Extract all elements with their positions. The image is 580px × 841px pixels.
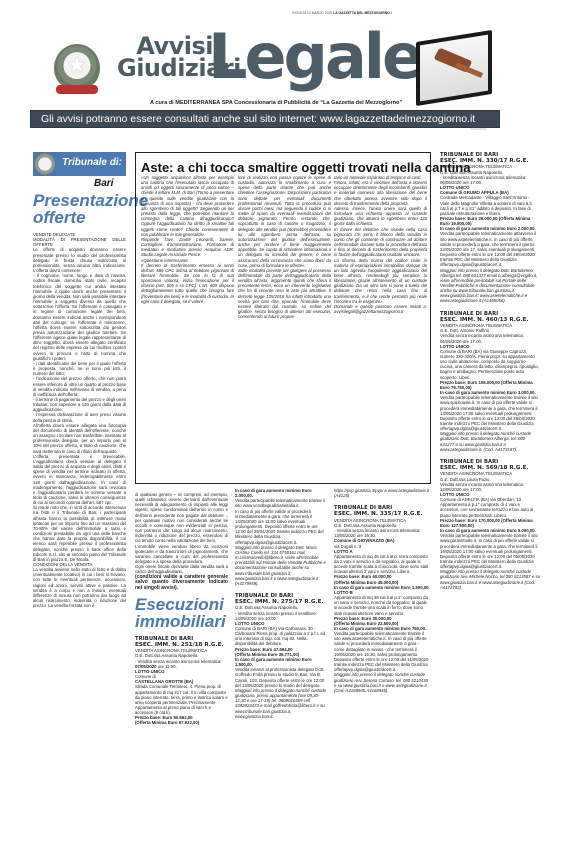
section-title-esecuzioni: Esecuzioni immobiliari <box>135 596 228 630</box>
article-column-1: «Un soggetto acquisisce all'asta per ese… <box>141 175 234 304</box>
notice-link-continued: https://pvp.giustizia.it/pvp/ e www.aste… <box>334 488 430 498</box>
website-banner-text: Gli avvisi potranno essere consultati an… <box>31 111 499 128</box>
paragraph: L'offerta presentata è irrevocabile. L'a… <box>33 454 126 506</box>
masthead-title: Legale <box>208 22 421 92</box>
middle-right-column: https://pvp.giustizia.it/pvp/ e www.aste… <box>334 488 430 700</box>
tribunale-label: Tribunale di: <box>62 157 122 168</box>
paragraph: All'offerta dovrà essere allegata una fo… <box>33 423 126 454</box>
dateline-date: GIOVEDÌ 12 MARZO 2020 <box>292 11 332 15</box>
dateline-paper: LA GAZZETTA DEL MEZZOGIORNO <box>333 11 390 15</box>
notice-251-18-continued: In caso di gara aumento minimo Euro 2.00… <box>235 488 328 586</box>
right-column: TRIBUNALE DI BARI ESEC. IMM. N. 330/17 R… <box>440 152 540 597</box>
article-column-2: lore di realizzo non possa coprire le sp… <box>238 175 331 319</box>
paragraph: La vendita avviene nello stato di fatto … <box>33 567 126 608</box>
conditions-note: (condizioni valide a carattere generale … <box>135 575 228 592</box>
article-column-3: tario un notevole risparmio di tempo e d… <box>334 175 427 314</box>
notice-460-13: TRIBUNALE DI BARI ESEC. IMM. N. 460/13 R… <box>440 311 540 452</box>
paragraph: MODALITÀ DI PRESENTAZIONE DELLE OFFERTE <box>33 237 126 247</box>
masthead-subtitle: Avvisi Giudiziari <box>117 35 213 79</box>
masthead: ★ Avvisi Giudiziari Legale <box>0 26 580 96</box>
paragraph: - l'espressa dichiarazione di aver preso… <box>33 412 126 422</box>
paragraph: - il termine di pagamento del prezzo e d… <box>33 397 126 412</box>
dateline: GIOVEDÌ 12 MARZO 2020 LA GAZZETTA DEL ME… <box>292 11 393 15</box>
middle-center-column: In caso di gara aumento minimo Euro 2.00… <box>235 488 328 726</box>
paragraph: - i dati identificativi del bene per il … <box>33 361 126 376</box>
paragraph: - il cognome, nome, luogo e data di nasc… <box>33 273 126 361</box>
tribunale-band: Tribunale di: <box>33 152 126 176</box>
article-title: Aste: a chi tocca smaltire oggetti trova… <box>141 160 470 175</box>
paragraph: Si rende noto che, in virtù di accordo i… <box>33 505 126 562</box>
emblem-icon <box>35 153 55 175</box>
website-banner: Gli avvisi potranno essere consultati an… <box>30 110 500 128</box>
notice-335-17: TRIBUNALE DI BARI ESEC. IMM. N. 335/17 R… <box>334 505 430 693</box>
left-column: Presentazione offerte VENDITE DELEGATE M… <box>33 188 126 608</box>
conditions-text: di qualsiasi genere – ivi compresi, ad e… <box>135 492 228 575</box>
notice-275-17: TRIBUNALE DI BARI ESEC. IMM. N. 275/17 R… <box>235 593 328 719</box>
page-number: 1 <box>391 11 393 15</box>
notice-330-17: TRIBUNALE DI BARI ESEC. IMM. N. 330/17 R… <box>440 152 540 304</box>
paragraph: - l'indicazione del prezzo offerto, che … <box>33 376 126 397</box>
italian-republic-emblem-icon: ★ <box>54 44 100 92</box>
middle-left-column: di qualsiasi genere – ivi compresi, ad e… <box>135 492 228 733</box>
paragraph: Le offerte di acquisto dovranno essere p… <box>33 247 126 273</box>
notice-569-18: TRIBUNALE DI BARI ESEC. IMM. N. 569/18 R… <box>440 459 540 590</box>
section-title-presentazione: Presentazione offerte <box>33 192 126 226</box>
computer-gavel-icon <box>412 30 496 122</box>
byline: A cura di MEDITERRANEA SPA Concessionari… <box>150 100 402 106</box>
notice-251-18: TRIBUNALE DI BARI ESEC. IMM. N. 251/18 R… <box>135 636 228 726</box>
